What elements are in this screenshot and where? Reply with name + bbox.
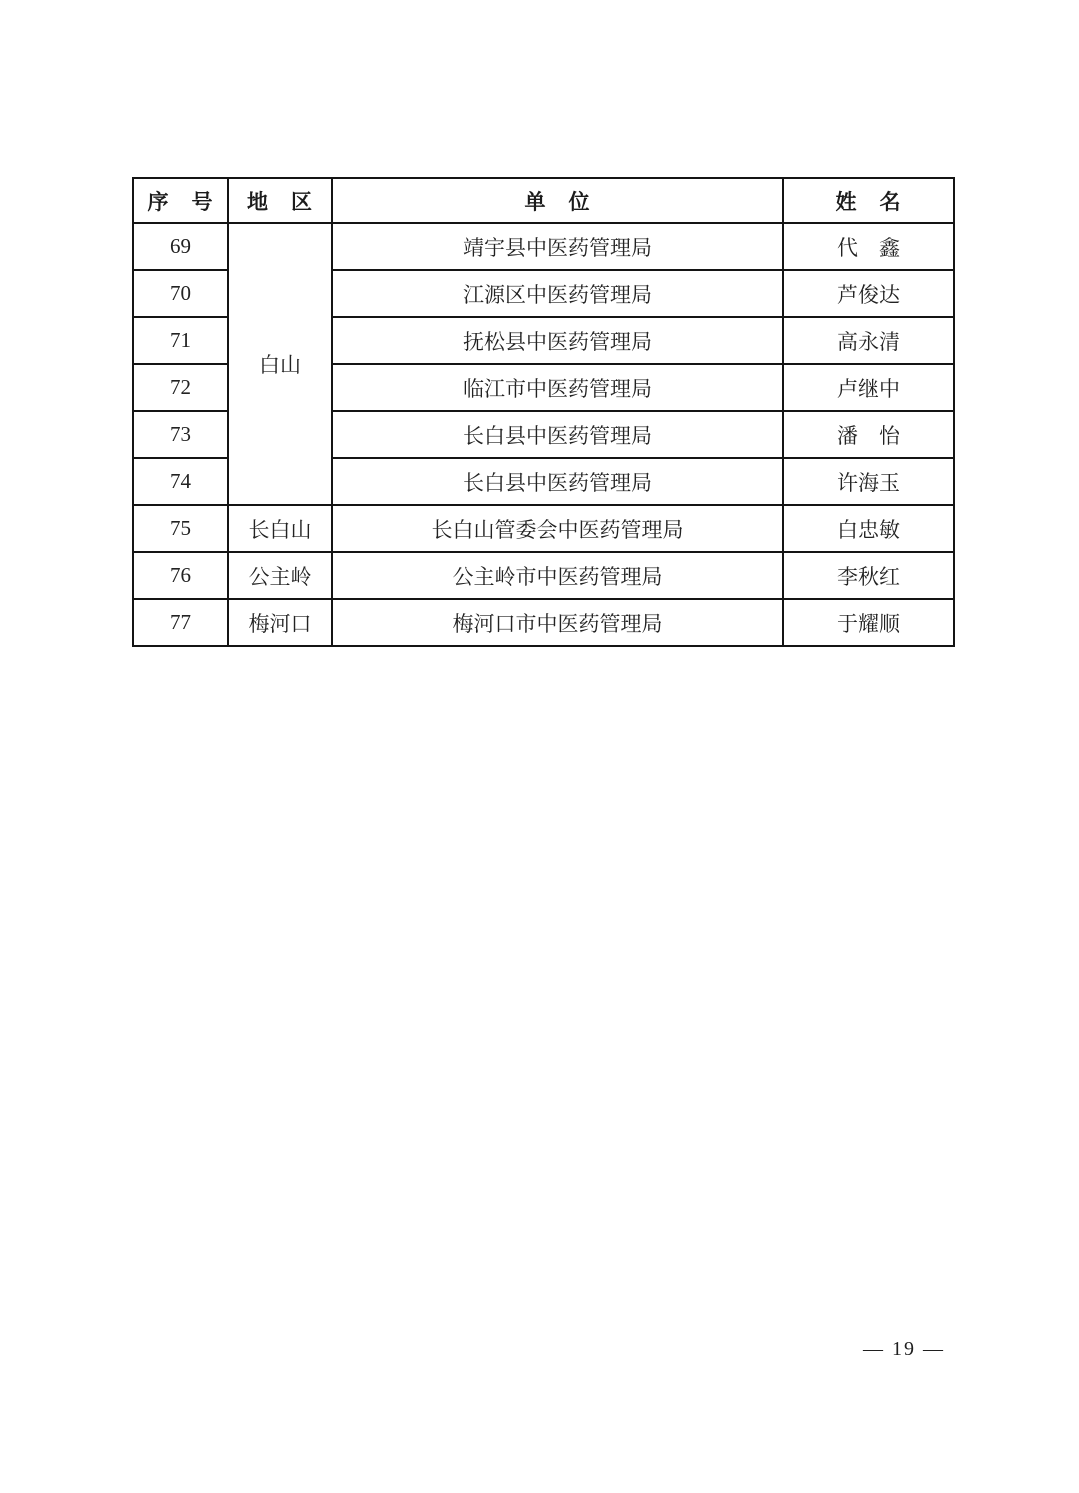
header-region: 地 区	[228, 178, 332, 223]
document-page: 序 号 地 区 单 位 姓 名 69白山靖宇县中医药管理局代 鑫70江源区中医药…	[0, 0, 1079, 1493]
serial-cell: 73	[133, 411, 228, 458]
region-cell: 公主岭	[228, 552, 332, 599]
region-cell: 梅河口	[228, 599, 332, 646]
serial-cell: 71	[133, 317, 228, 364]
table-row: 69白山靖宇县中医药管理局代 鑫	[133, 223, 954, 270]
table-body: 69白山靖宇县中医药管理局代 鑫70江源区中医药管理局芦俊达71抚松县中医药管理…	[133, 223, 954, 646]
serial-cell: 69	[133, 223, 228, 270]
name-cell: 许海玉	[783, 458, 954, 505]
table-row: 77梅河口梅河口市中医药管理局于耀顺	[133, 599, 954, 646]
serial-cell: 76	[133, 552, 228, 599]
unit-cell: 公主岭市中医药管理局	[332, 552, 783, 599]
unit-cell: 抚松县中医药管理局	[332, 317, 783, 364]
unit-cell: 长白县中医药管理局	[332, 458, 783, 505]
unit-cell: 长白山管委会中医药管理局	[332, 505, 783, 552]
serial-cell: 72	[133, 364, 228, 411]
region-cell: 长白山	[228, 505, 332, 552]
serial-cell: 77	[133, 599, 228, 646]
header-name: 姓 名	[783, 178, 954, 223]
serial-cell: 75	[133, 505, 228, 552]
roster-table: 序 号 地 区 单 位 姓 名 69白山靖宇县中医药管理局代 鑫70江源区中医药…	[132, 177, 955, 647]
name-cell: 高永清	[783, 317, 954, 364]
unit-cell: 长白县中医药管理局	[332, 411, 783, 458]
unit-cell: 临江市中医药管理局	[332, 364, 783, 411]
serial-cell: 70	[133, 270, 228, 317]
header-row: 序 号 地 区 单 位 姓 名	[133, 178, 954, 223]
name-cell: 于耀顺	[783, 599, 954, 646]
unit-cell: 江源区中医药管理局	[332, 270, 783, 317]
name-cell: 李秋红	[783, 552, 954, 599]
table-header: 序 号 地 区 单 位 姓 名	[133, 178, 954, 223]
name-cell: 卢继中	[783, 364, 954, 411]
unit-cell: 梅河口市中医药管理局	[332, 599, 783, 646]
name-cell: 代 鑫	[783, 223, 954, 270]
serial-cell: 74	[133, 458, 228, 505]
table-row: 76公主岭公主岭市中医药管理局李秋红	[133, 552, 954, 599]
header-unit: 单 位	[332, 178, 783, 223]
name-cell: 潘 怡	[783, 411, 954, 458]
region-cell: 白山	[228, 223, 332, 505]
table-row: 75长白山长白山管委会中医药管理局白忠敏	[133, 505, 954, 552]
name-cell: 芦俊达	[783, 270, 954, 317]
header-serial: 序 号	[133, 178, 228, 223]
page-number: — 19 —	[0, 1338, 945, 1361]
name-cell: 白忠敏	[783, 505, 954, 552]
unit-cell: 靖宇县中医药管理局	[332, 223, 783, 270]
